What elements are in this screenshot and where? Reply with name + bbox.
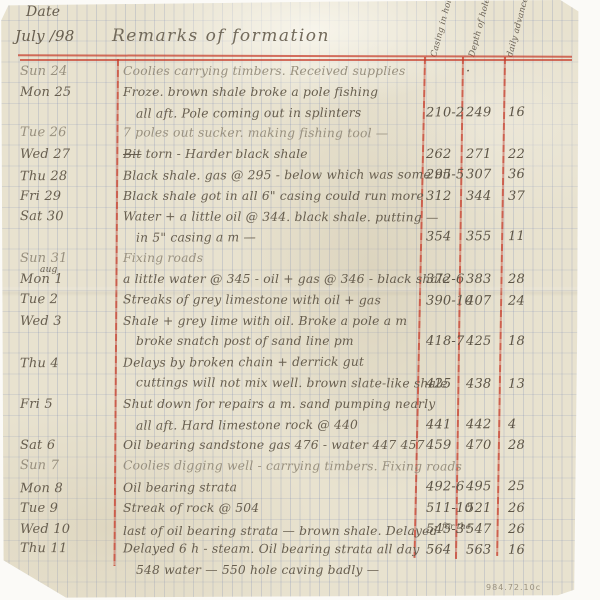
advance-cell: 4 [508,417,536,432]
struck-text: Bit [123,147,142,161]
depth-cell: 563 [466,543,502,558]
date-cell: Sun 7 [20,458,116,473]
depth-cell: 355 [466,229,502,244]
remark-cell: Coolies carrying timbers. Received suppl… [123,64,423,78]
column-header-casing: Casing in hole [429,0,455,58]
remark-cell: Water + a little oil @ 344. black shale.… [123,209,423,224]
remark-cell: Shale + grey lime with oil. Broke a pole… [123,314,423,328]
date-cell: Tue 26 [20,125,116,140]
table-row: Sun 31 Fixing roads [0,250,600,271]
date-cell: Fri 5 [20,397,116,412]
catalog-number: 984.72.10c [486,583,541,592]
advance-cell: 16 [508,105,536,120]
remark-cell: Delays by broken chain + derrick gut [123,355,423,370]
date-cell: Mon 8 [20,481,116,496]
remark-text: torn - Harder black shale [142,147,308,161]
date-cell: Tue 2 [20,292,116,307]
remark-cell: all aft. Pole coming out in splinters [136,105,436,120]
paper-sheet: Date July /98 Remarks of formation Casin… [0,0,600,600]
remark-cell: 548 water — 550 hole caving badly — [136,563,436,577]
depth-cell: 495 [466,479,502,494]
month-superscript: aug [40,265,58,275]
header-rule-top [18,54,572,57]
date-cell: Tue 9 [20,501,116,516]
table-row: Sun 24 Coolies carrying timbers. Receive… [0,63,600,84]
table-row: broke snatch post of sand line pm 418-7 … [0,333,600,354]
advance-cell: 36 [508,167,536,182]
casing-cell: 459 [426,438,460,453]
advance-cell: 16 [508,543,536,558]
table-row: Thu 4 Delays by broken chain + derrick g… [0,353,600,376]
advance-cell: 11 [508,229,536,244]
table-row: Sat 30 Water + a little oil @ 344. black… [0,208,600,231]
depth-cell: 470 [466,438,502,453]
depth-cell: 307 [466,167,502,182]
date-cell: Thu 11 [20,541,116,556]
casing-cell: 372-6 [426,272,460,287]
date-cell: augMon 1 [20,272,116,287]
month-year-label: July /98 [15,27,74,45]
table-row: Mon 8 Oil bearing strata 492-6 495 25 [0,478,600,501]
advance-cell: 24 [508,293,536,308]
advance-cell: 13 [508,377,536,392]
scanned-ledger-page: Date July /98 Remarks of formation Casin… [0,0,600,600]
remark-cell: Bit torn - Harder black shale [123,147,423,161]
advance-cell: 37 [508,189,536,204]
table-row: Thu 28 Black shale. gas @ 295 - below wh… [0,166,600,189]
casing-cell: 441 [426,417,460,432]
date-cell: Sat 6 [20,438,116,453]
date-cell: Wed 27 [20,147,116,162]
casing-cell: 354 [426,230,460,245]
table-row: Fri 5 Shut down for repairs a m. sand pu… [0,396,600,417]
table-row: Sat 6 Oil bearing sandstone gas 476 - wa… [0,437,600,458]
advance-cell: 22 [508,147,536,162]
table-row: Wed 10 last of oil bearing strata — brow… [0,521,600,542]
table-row: Tue 26 7 poles out sucker. making fishin… [0,124,600,147]
table-row: cuttings will not mix well. brown slate-… [0,374,600,397]
casing-cell: 564 [426,543,460,558]
date-cell: Wed 10 [20,522,116,537]
casing-cell: 390-10 [426,293,460,308]
remark-cell: all aft. Hard limestone rock @ 440 [136,417,436,432]
log-rows: Sun 24 Coolies carrying timbers. Receive… [0,63,600,583]
casing-cell: 425 [426,376,460,391]
depth-cell: 249 [466,105,502,120]
table-row: Fri 29 Black shale got in all 6" casing … [0,188,600,209]
remark-cell: last of oil bearing strata — brown shale… [123,522,423,538]
remark-cell: Froze. brown shale broke a pole fishing [123,85,423,99]
remark-cell: Streak of rock @ 504 [123,501,423,515]
remark-cell: Shut down for repairs a m. sand pumping … [123,397,423,411]
depth-cell: 344 [466,189,502,204]
remark-cell: Coolies digging well - carrying timbers.… [123,459,423,474]
date-cell: Sun 31 [20,251,116,266]
table-row: Tue 9 Streak of rock @ 504 511-10 521 26 [0,500,600,521]
casing-cell: 545-3 [426,522,460,537]
remark-cell: Oil bearing strata [123,479,423,494]
remark-cell: cuttings will not mix well. brown slate-… [136,375,436,390]
table-row: Wed 3 Shale + grey lime with oil. Broke … [0,313,600,334]
casing-cell: 418-7 [426,334,460,349]
page-title: Remarks of formation [112,26,330,46]
date-cell: Fri 29 [20,189,116,204]
column-header-advance: daily advance [505,0,531,58]
casing-cell: 210-2 [426,105,460,120]
remark-cell: in 5" casing a m — [136,230,436,245]
casing-cell: 312 [426,189,460,204]
table-row: Tue 2 Streaks of grey limestone with oil… [0,291,600,314]
advance-cell: 26 [508,501,536,516]
date-cell: Thu 28 [20,169,116,184]
table-row: 548 water — 550 hole caving badly — [0,562,600,583]
remark-cell: Black shale. gas @ 295 - below which was… [123,167,423,182]
depth-cell: 547 [466,522,502,537]
advance-cell: 25 [508,479,536,494]
table-row: all aft. Hard limestone rock @ 440 441 4… [0,415,600,438]
depth-cell: 425 [466,334,502,349]
casing-cell: 262 [426,147,460,162]
casing-cell: 511-10 [426,501,460,516]
date-column-label: Date [26,4,60,20]
date-cell: Sun 24 [20,64,116,79]
table-row: Thu 11 Delayed 6 h - steam. Oil bearing … [0,540,600,563]
depth-cell: 383 [466,272,502,287]
depth-cell: 521 [466,501,502,516]
remark-cell: 7 poles out sucker. making fishing tool … [123,126,423,141]
depth-cell: 271 [466,147,502,162]
advance-cell: 28 [508,272,536,287]
casing-cell: 295-5 [426,167,460,182]
remark-cell: Oil bearing sandstone gas 476 - water 44… [123,438,423,452]
table-row: in 5" casing a m — 354 355 11 [0,228,600,251]
advance-cell: 18 [508,334,536,349]
depth-cell: 407 [466,293,502,308]
advance-cell: 28 [508,438,536,453]
depth-cell: 442 [466,417,502,432]
date-cell: Sat 30 [20,209,116,224]
table-row: augMon 1 a little water @ 345 - oil + ga… [0,271,600,292]
remark-text: last of oil bearing strata — brown shale… [123,524,438,538]
date-cell: Wed 3 [20,314,116,329]
remark-cell: a little water @ 345 - oil + gas @ 346 -… [123,272,423,286]
advance-cell: 26 [508,522,536,537]
header-rule-bottom [20,59,572,61]
remark-cell: Delayed 6 h - steam. Oil bearing strata … [123,542,423,557]
table-row: all aft. Pole coming out in splinters 21… [0,103,600,126]
remark-cell: Fixing roads [123,251,423,265]
remark-cell: Black shale got in all 6" casing could r… [123,189,423,203]
table-row: Mon 25 Froze. brown shale broke a pole f… [0,84,600,105]
remark-cell: Streaks of grey limestone with oil + gas [123,292,423,307]
table-row: Wed 27 Bit torn - Harder black shale 262… [0,146,600,167]
remark-cell: broke snatch post of sand line pm [136,334,436,348]
casing-cell: 492-6 [426,479,460,494]
date-cell: Thu 4 [20,356,116,371]
depth-cell: 438 [466,377,502,392]
depth-cell: · [466,64,502,79]
date-cell: Mon 25 [20,85,116,100]
column-header-depth: Depth of hole [467,0,492,58]
table-row: Sun 7 Coolies digging well - carrying ti… [0,457,600,480]
